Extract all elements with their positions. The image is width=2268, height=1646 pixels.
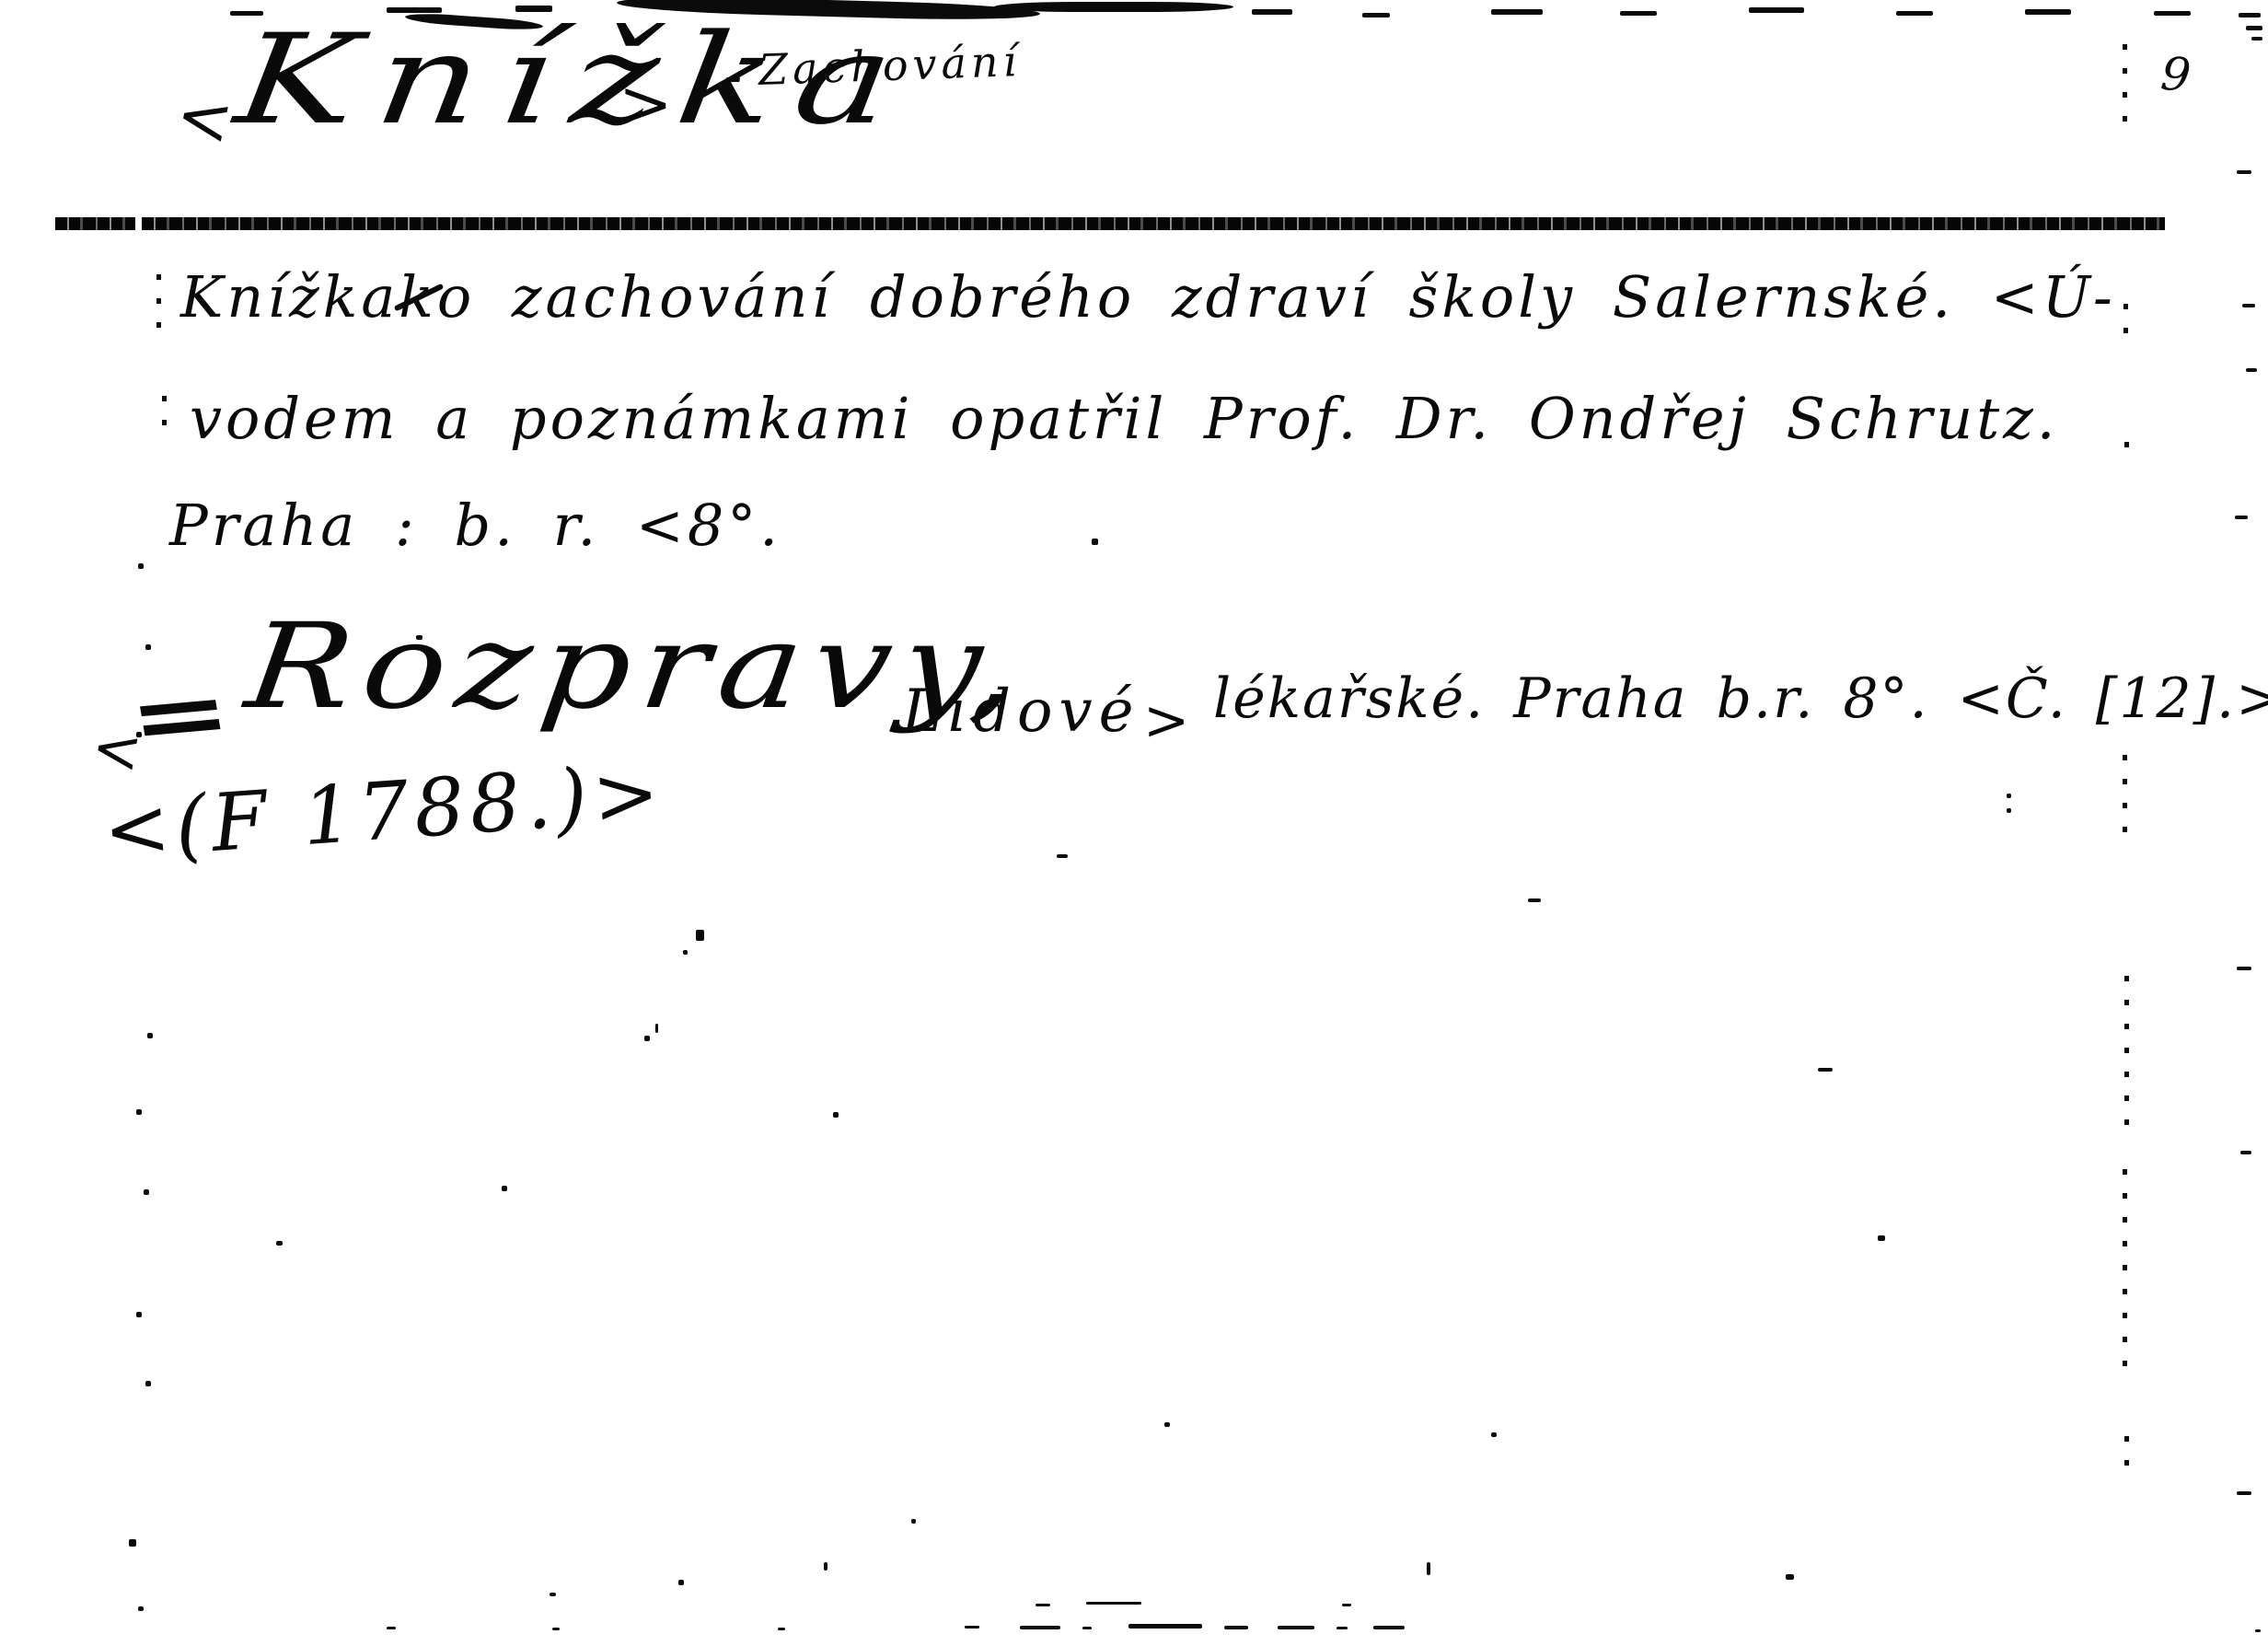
- struck-letter: k: [399, 263, 437, 330]
- body-line-2: vodem a poznámkami opatřil Prof. Dr. Ond…: [190, 385, 2059, 452]
- body-line-3: Praha : b. r. <8°.: [169, 492, 781, 559]
- reference-series-title: Rozpravy,: [239, 598, 901, 736]
- reference-insertion-close-mark: >: [1143, 689, 1189, 753]
- reference-insertion-word: Lidové: [902, 678, 1140, 746]
- reference-detail: lékařské. Praha b.r. 8°. <Č. [12].>: [1213, 667, 2268, 731]
- catalog-card: < Knížka > - Zachování Knížkako zachován…: [0, 0, 2268, 1646]
- reference-equals-mark: =: [129, 644, 231, 786]
- card-subtitle: Zachování: [758, 36, 1022, 95]
- heading-separator: -: [723, 44, 742, 109]
- corner-mark: 9: [2158, 46, 2193, 102]
- body-line-1-word: Knížka: [180, 263, 399, 330]
- body-line-1: Knížkako zachování dobrého zdraví školy …: [180, 263, 2116, 330]
- body-line-1-rest: o zachování dobrého zdraví školy Salerns…: [437, 263, 2116, 330]
- heading-close-insertion-mark: >: [619, 66, 673, 142]
